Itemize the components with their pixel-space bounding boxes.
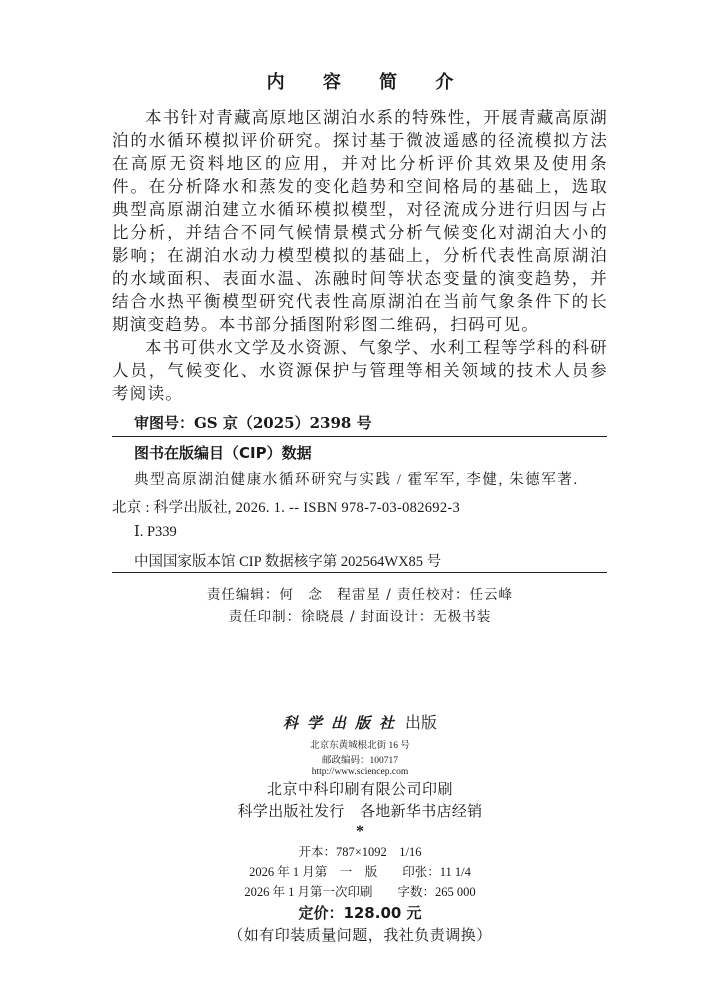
cip-record-number: 中国国家版本馆 CIP 数据核字第 202564WX85 号 bbox=[134, 550, 441, 571]
publisher-address: 北京东黄城根北街 16 号 bbox=[0, 737, 720, 751]
cip-classification: Ⅰ. P339 bbox=[134, 524, 177, 541]
asterisk-separator: * bbox=[0, 823, 720, 841]
quality-notice: （如有印装质量问题，我社负责调换） bbox=[0, 924, 720, 945]
editors-line: 责任编辑：何 念 程雷星 / 责任校对：任云峰 bbox=[0, 583, 720, 603]
publisher-postcode: 邮政编码：100717 bbox=[0, 752, 720, 766]
printer: 北京中科印刷有限公司印刷 bbox=[0, 778, 720, 799]
cip-publisher-isbn: 北京 : 科学出版社, 2026. 1. -- ISBN 978-7-03-08… bbox=[112, 496, 460, 517]
summary-paragraph: 本书可供水文学及水资源、气象学、水利工程等学科的科研人员，气候变化、水资源保护与… bbox=[112, 336, 608, 405]
edition-info: 2026 年 1 月第 一 版 印张：11 1/4 bbox=[0, 862, 720, 880]
page-title: 内 容 简 介 bbox=[0, 68, 720, 94]
summary-paragraph: 本书针对青藏高原地区湖泊水系的特殊性，开展青藏高原湖泊的水循环模拟评价研究。探讨… bbox=[112, 106, 608, 336]
cip-title-authors: 典型高原湖泊健康水循环研究与实践 / 霍军军, 李健, 朱德军著. bbox=[134, 468, 579, 489]
printing-info: 2026 年 1 月第一次印刷 字数：265 000 bbox=[0, 882, 720, 900]
map-review-number: 审图号：GS 京（2025）2398 号 bbox=[134, 412, 372, 433]
price: 定价：128.00 元 bbox=[0, 902, 720, 923]
production-line: 责任印制：徐晓晨 / 封面设计：无极书装 bbox=[0, 605, 720, 625]
book-format: 开本：787×1092 1/16 bbox=[0, 842, 720, 860]
summary-text: 本书针对青藏高原地区湖泊水系的特殊性，开展青藏高原湖泊的水循环模拟评价研究。探讨… bbox=[112, 106, 608, 405]
cip-top-divider bbox=[112, 436, 607, 437]
copyright-page: 内 容 简 介 本书针对青藏高原地区湖泊水系的特殊性，开展青藏高原湖泊的水循环模… bbox=[0, 0, 720, 1000]
cip-heading: 图书在版编目（CIP）数据 bbox=[134, 442, 312, 463]
cip-bottom-divider bbox=[112, 572, 607, 573]
publisher-suffix: 出版 bbox=[405, 715, 437, 732]
publisher-url: http://www.sciencep.com bbox=[0, 767, 720, 777]
publisher-logo-text: 科学出版社 bbox=[283, 716, 403, 732]
publisher-line: 科学出版社出版 bbox=[0, 710, 720, 733]
distribution: 科学出版社发行 各地新华书店经销 bbox=[0, 800, 720, 821]
